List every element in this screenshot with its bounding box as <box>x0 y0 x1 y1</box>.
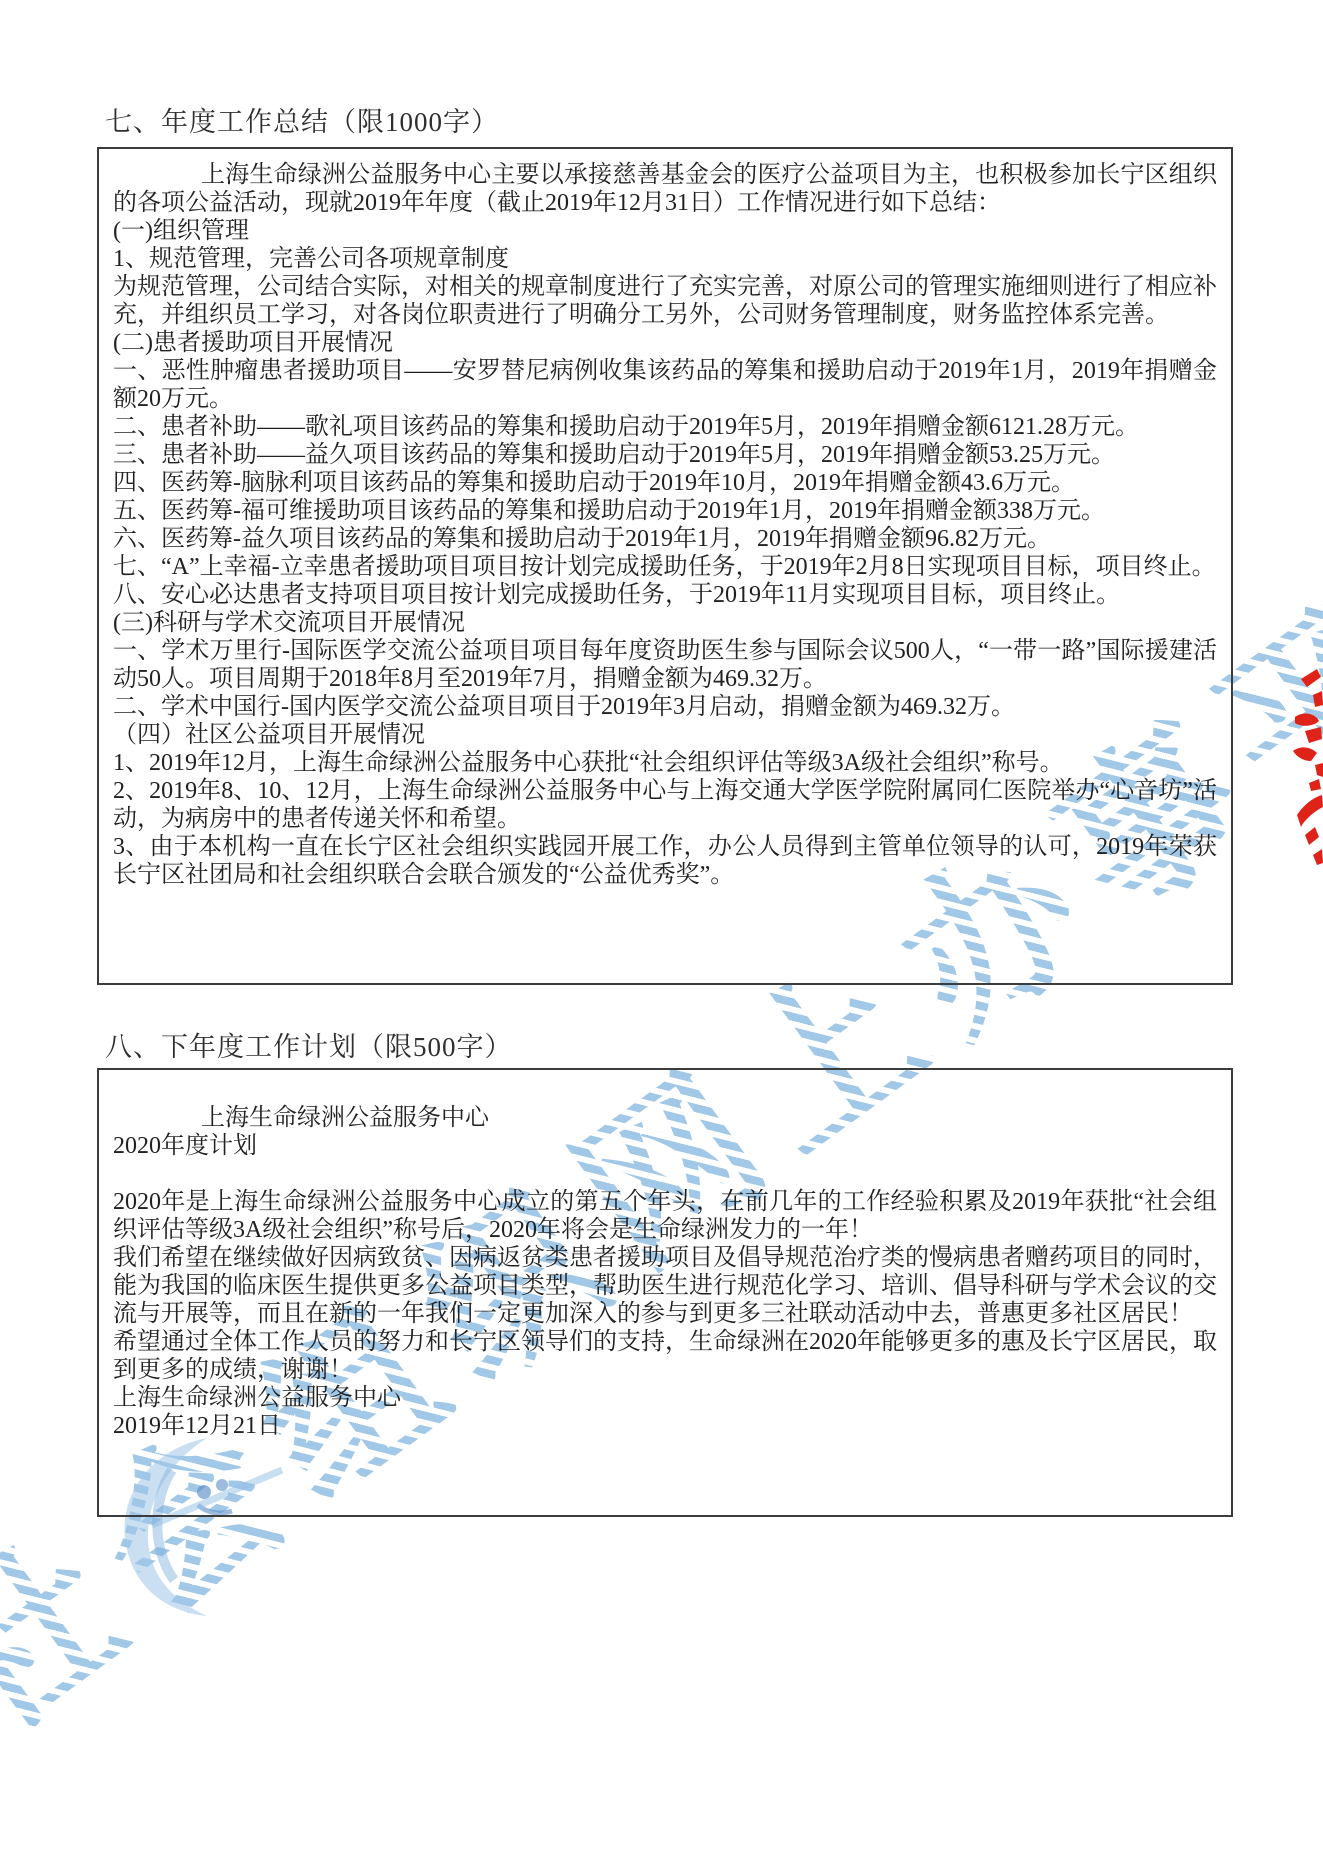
paragraph: 七、“A”上幸福-立幸患者援助项目项目按计划完成援助任务，于2019年2月8日实… <box>113 553 1217 581</box>
paragraph: 2020年度计划 <box>113 1132 1217 1160</box>
paragraph: 五、医药筹-福可维援助项目该药品的筹集和援助启动于2019年1月，2019年捐赠… <box>113 497 1217 525</box>
paragraph: 上海生命绿洲公益服务中心主要以承接慈善基金会的医疗公益项目为主，也积极参加长宁区… <box>113 161 1217 217</box>
paragraph: （四）社区公益项目开展情况 <box>113 721 1217 749</box>
paragraph: 1、2019年12月，上海生命绿洲公益服务中心获批“社会组织评估等级3A级社会组… <box>113 749 1217 777</box>
paragraph: 二、患者补助——歌礼项目该药品的筹集和援助启动于2019年5月，2019年捐赠金… <box>113 413 1217 441</box>
paragraph: 上海生命绿洲公益服务中心 <box>113 1104 1217 1132</box>
paragraph: 上海生命绿洲公益服务中心 <box>113 1384 1217 1412</box>
paragraph: 希望通过全体工作人员的努力和长宁区领导们的支持，生命绿洲在2020年能够更多的惠… <box>113 1328 1217 1384</box>
document-page: 社会组织网上办事平台 七、年度工作总结（限1000字） 上海生命绿洲公益服务中心… <box>0 0 1323 1871</box>
paragraph: 四、医药筹-脑脉利项目该药品的筹集和援助启动于2019年10月，2019年捐赠金… <box>113 469 1217 497</box>
paragraph: (二)患者援助项目开展情况 <box>113 329 1217 357</box>
paragraph <box>113 1160 1217 1188</box>
paragraph: 我们希望在继续做好因病致贫、因病返贫类患者援助项目及倡导规范治疗类的慢病患者赠药… <box>113 1244 1217 1328</box>
paragraph: 2020年是上海生命绿洲公益服务中心成立的第五个年头，在前几年的工作经验积累及2… <box>113 1188 1217 1244</box>
paragraph: 2019年12月21日 <box>113 1412 1217 1440</box>
paragraph: 一、学术万里行-国际医学交流公益项目项目每年度资助医生参与国际会议500人，“一… <box>113 637 1217 693</box>
paragraph: 为规范管理，公司结合实际，对相关的规章制度进行了充实完善，对原公司的管理实施细则… <box>113 273 1217 329</box>
paragraph: (三)科研与学术交流项目开展情况 <box>113 609 1217 637</box>
section8-content-box: 上海生命绿洲公益服务中心2020年度计划 2020年是上海生命绿洲公益服务中心成… <box>97 1068 1233 1517</box>
paragraph: 三、患者补助——益久项目该药品的筹集和援助启动于2019年5月，2019年捐赠金… <box>113 441 1217 469</box>
paragraph: 1、规范管理，完善公司各项规章制度 <box>113 245 1217 273</box>
paragraph: 八、安心必达患者支持项目项目按计划完成援助任务，于2019年11月实现项目目标，… <box>113 581 1217 609</box>
section7-content-box: 上海生命绿洲公益服务中心主要以承接慈善基金会的医疗公益项目为主，也积极参加长宁区… <box>97 147 1233 985</box>
section7-title: 七、年度工作总结（限1000字） <box>105 100 499 139</box>
paragraph: 2、2019年8、10、12月，上海生命绿洲公益服务中心与上海交通大学医学院附属… <box>113 777 1217 833</box>
paragraph: 二、学术中国行-国内医学交流公益项目项目于2019年3月启动，捐赠金额为469.… <box>113 693 1217 721</box>
red-seal-stamp <box>1291 665 1323 895</box>
paragraph: 一、恶性肿瘤患者援助项目——安罗替尼病例收集该药品的筹集和援助启动于2019年1… <box>113 357 1217 413</box>
section8-title: 八、下年度工作计划（限500字） <box>105 1025 513 1064</box>
paragraph: 六、医药筹-益久项目该药品的筹集和援助启动于2019年1月，2019年捐赠金额9… <box>113 525 1217 553</box>
paragraph: (一)组织管理 <box>113 217 1217 245</box>
paragraph: 3、由于本机构一直在长宁区社会组织实践园开展工作，办公人员得到主管单位领导的认可… <box>113 833 1217 889</box>
